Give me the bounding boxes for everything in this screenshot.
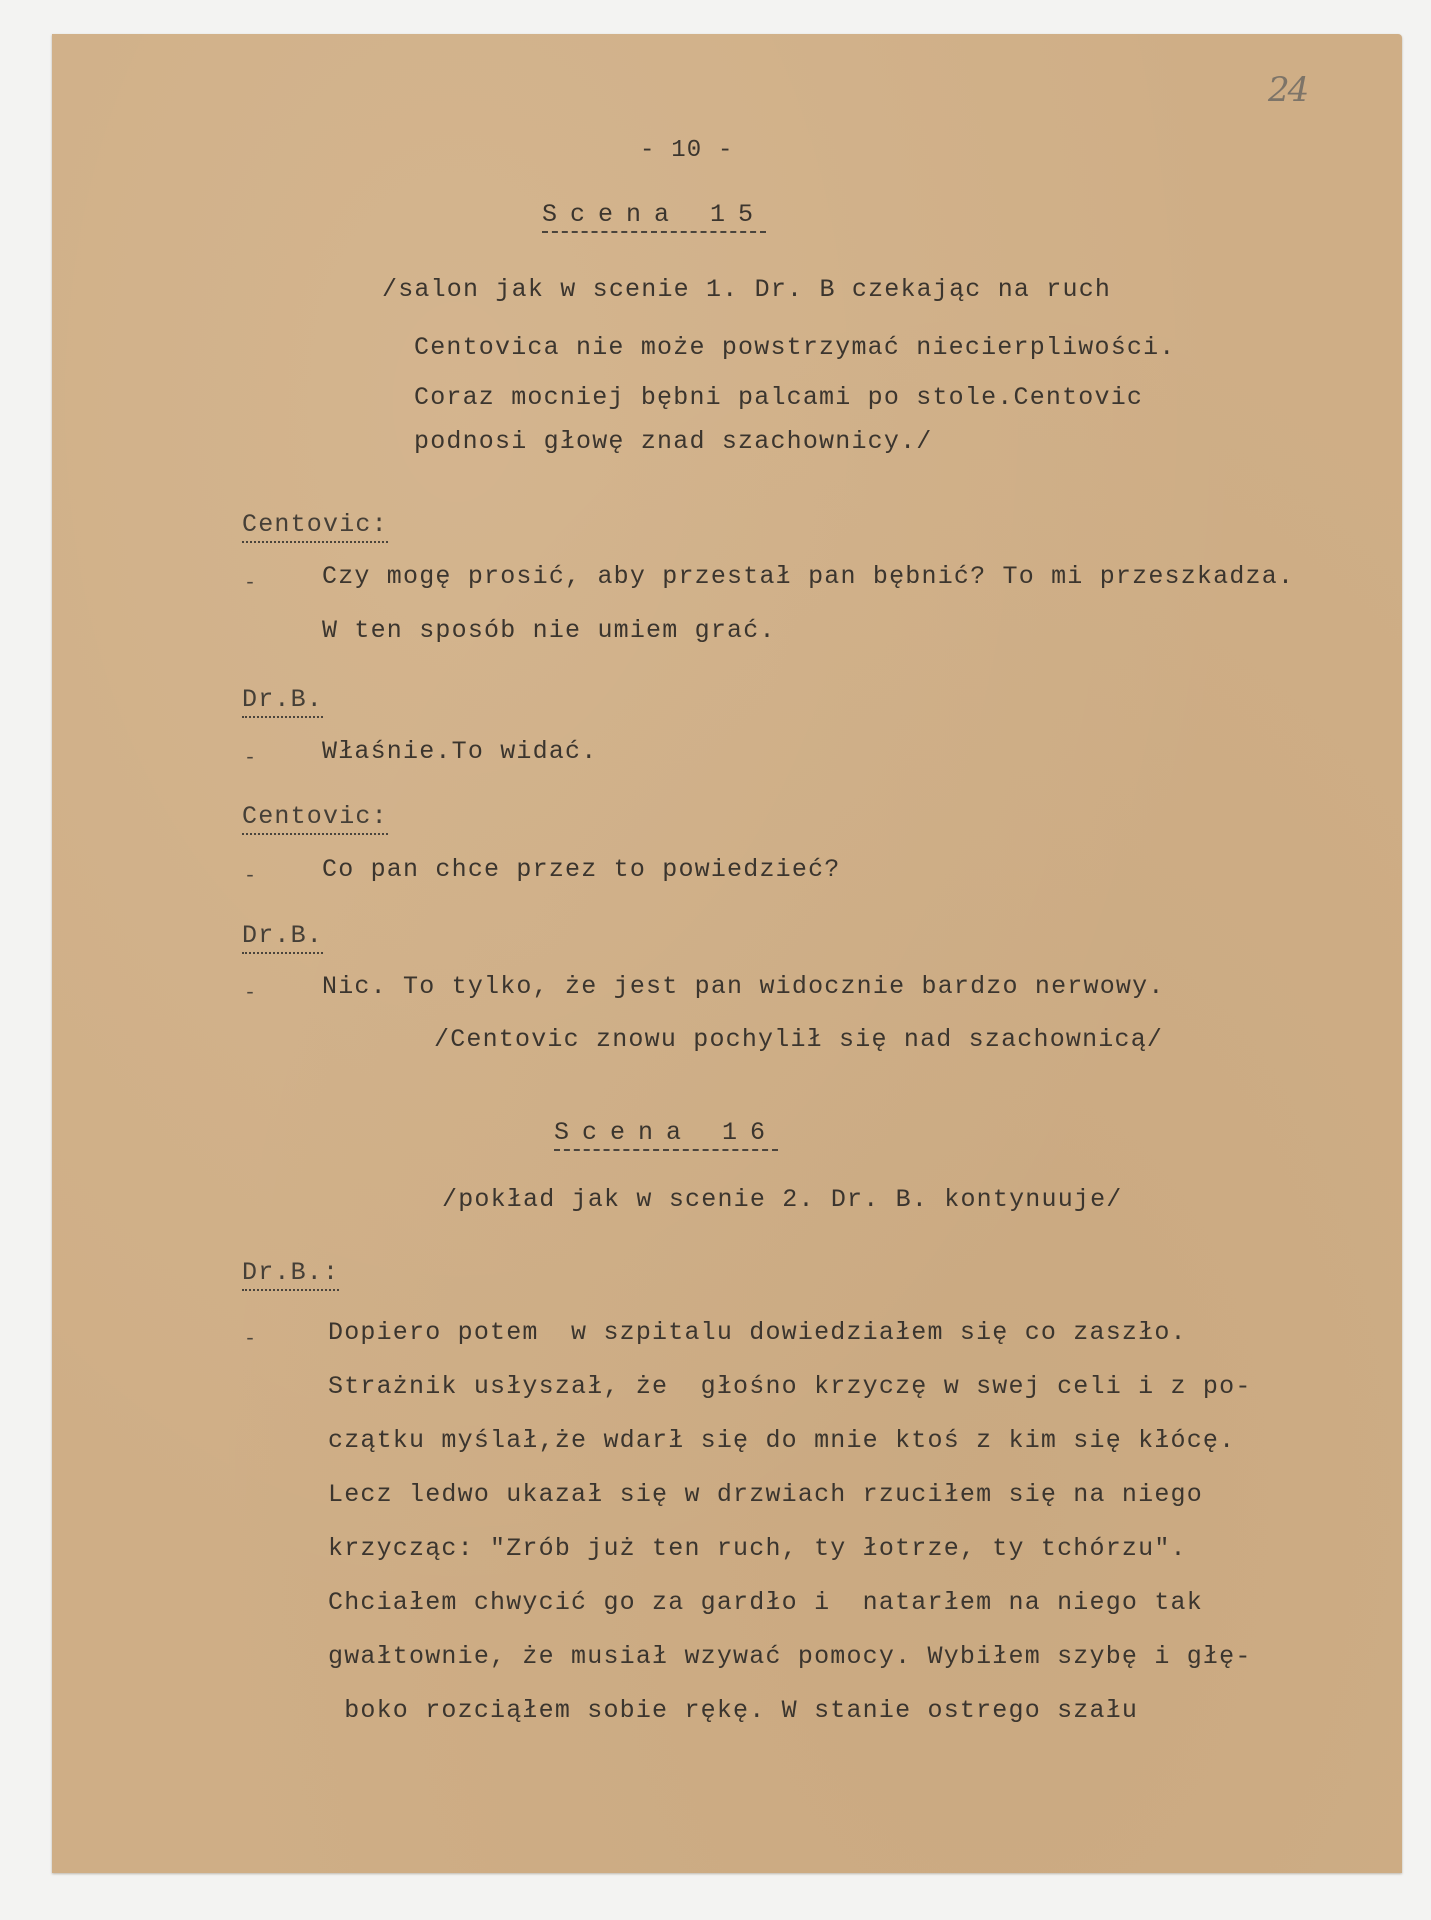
scene-16-title: Scena 16 — [554, 1118, 778, 1151]
dialogue-line: Co pan chce przez to powiedzieć? — [322, 855, 840, 885]
speaker-centovic: Centovic: — [242, 510, 388, 543]
scene-15-direction-line-2: Centovica nie może powstrzymać niecierpl… — [414, 333, 1176, 363]
dialogue-dash: - — [244, 982, 256, 1005]
dialogue-line: Dopiero potem w szpitalu dowiedziałem si… — [328, 1318, 1187, 1348]
dialogue-line: Nic. To tylko, że jest pan widocznie bar… — [322, 972, 1165, 1002]
page-number: - 10 - — [640, 136, 734, 166]
handwritten-folio-number: 24 — [1268, 70, 1307, 110]
dialogue-line: krzycząc: "Zrób już ten ruch, ty łotrze,… — [328, 1534, 1187, 1564]
scene-15-direction-line-3: Coraz mocniej bębni palcami po stole.Cen… — [414, 383, 1143, 413]
speaker-dr-b: Dr.B. — [242, 685, 323, 718]
scene-16-direction: /pokład jak w scenie 2. Dr. B. kontynuuj… — [442, 1185, 1123, 1215]
dialogue-dash: - — [244, 572, 256, 595]
dialogue-line: Czy mogę prosić, aby przestał pan bębnić… — [322, 562, 1294, 592]
dialogue-line: W ten sposób nie umiem grać. — [322, 616, 776, 646]
dialogue-line: boko rozciąłem sobie rękę. W stanie ostr… — [328, 1696, 1138, 1726]
dialogue-line: Lecz ledwo ukazał się w drzwiach rzuciłe… — [328, 1480, 1203, 1510]
speaker-dr-b: Dr.B. — [242, 921, 323, 954]
scene-15-title: Scena 15 — [542, 200, 766, 233]
dialogue-line: gwałtownie, że musiał wzywać pomocy. Wyb… — [328, 1642, 1252, 1672]
stage-direction: /Centovic znowu pochylił się nad szachow… — [434, 1025, 1163, 1055]
dialogue-line: Właśnie.To widać. — [322, 737, 597, 767]
dialogue-dash: - — [244, 1328, 256, 1351]
dialogue-dash: - — [244, 747, 256, 770]
speaker-centovic: Centovic: — [242, 802, 388, 835]
dialogue-dash: - — [244, 865, 256, 888]
dialogue-line: Strażnik usłyszał, że głośno krzyczę w s… — [328, 1372, 1252, 1402]
dialogue-line: Chciałem chwycić go za gardło i natarłem… — [328, 1588, 1203, 1618]
dialogue-line: czątku myślał,że wdarł się do mnie ktoś … — [328, 1426, 1235, 1456]
scene-15-direction-line-1: /salon jak w scenie 1. Dr. B czekając na… — [382, 275, 1111, 305]
scene-15-direction-line-4: podnosi głowę znad szachownicy./ — [414, 427, 932, 457]
speaker-dr-b: Dr.B.: — [242, 1258, 339, 1291]
